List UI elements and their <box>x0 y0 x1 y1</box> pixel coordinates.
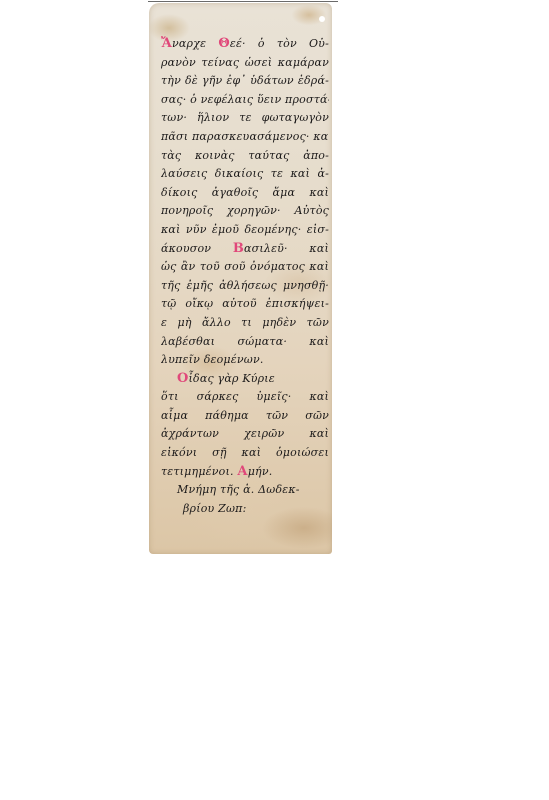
manuscript-line: πονηροῖς χορηγῶν· Αὐτὸς <box>161 202 329 221</box>
rubric-initial: Β <box>233 241 244 256</box>
manuscript-line: τῷ οἴκῳ αὐτοῦ ἐπισκήψει- <box>161 295 329 314</box>
manuscript-line: πᾶσι παρασκευασάμενος· καὶ <box>161 128 329 147</box>
manuscript-line: άκουσον Βασιλεῦ· καὶ <box>161 240 329 259</box>
manuscript-line: ὡς ἂν τοῦ σοῦ ὀνόματος καὶ <box>161 258 329 277</box>
manuscript-line: εἰκόνι σῇ καὶ ὁμοιώσει <box>161 444 329 463</box>
top-rule-line <box>148 1 338 2</box>
manuscript-text: Ἄναρχε Θεέ· ὁ τὸν Οὐ- ρανὸν τείνας ὡσεὶ … <box>161 35 329 518</box>
rubric-initial: Α <box>237 464 247 479</box>
manuscript-line: σας· ὁ νεφέλαις ὕειν προστά- <box>161 91 329 110</box>
manuscript-line: αἷμα πάθημα τῶν σῶν <box>161 407 329 426</box>
manuscript-line: δίκοις ἀγαθοῖς ἅμα καὶ <box>161 184 329 203</box>
manuscript-line: ε μὴ ἄλλο τι μηδὲν τῶν <box>161 314 329 333</box>
manuscript-line: Ἄναρχε Θεέ· ὁ τὸν Οὐ- <box>161 35 329 54</box>
manuscript-line: των· ἥλιον τε φωταγωγὸν <box>161 109 329 128</box>
rubric-initial: Ο <box>177 371 189 386</box>
rubric-initial: Ἄ <box>161 36 172 51</box>
manuscript-page: Ἄναρχε Θεέ· ὁ τὸν Οὐ- ρανὸν τείνας ὡσεὶ … <box>149 3 332 554</box>
manuscript-line: τὴν δὲ γῆν ἐφ᾽ ὑδάτων ἑδρά- <box>161 72 329 91</box>
manuscript-line: λαύσεις δικαίοις τε καὶ ἀ- <box>161 165 329 184</box>
manuscript-line: λαβέσθαι σώματα· καὶ <box>161 333 329 352</box>
paper-hole <box>319 16 325 22</box>
manuscript-line: ἀχράντων χειρῶν καὶ <box>161 425 329 444</box>
manuscript-line: Μνήμη τῆς ἁ. Δωδεκ- <box>161 481 329 500</box>
manuscript-line: βρίου Ζωπ: <box>161 500 329 519</box>
manuscript-line: καὶ νῦν ἐμοῦ δεομένης· εἰσ- <box>161 221 329 240</box>
rubric-initial: Θ <box>218 36 230 51</box>
manuscript-line: τετιμημένοι. Αμήν. <box>161 463 329 482</box>
manuscript-line: λυπεῖν δεομένων. <box>161 351 329 370</box>
manuscript-line: ρανὸν τείνας ὡσεὶ καμάραν <box>161 54 329 73</box>
manuscript-line: ὅτι σάρκες ὑμεῖς· καὶ <box>161 388 329 407</box>
manuscript-line: Οἶδας γὰρ Κύριε <box>161 370 329 389</box>
manuscript-line: τῆς ἐμῆς ἀθλήσεως μνησθῇ· <box>161 277 329 296</box>
manuscript-line: τὰς κοινὰς ταύτας ἀπο- <box>161 147 329 166</box>
